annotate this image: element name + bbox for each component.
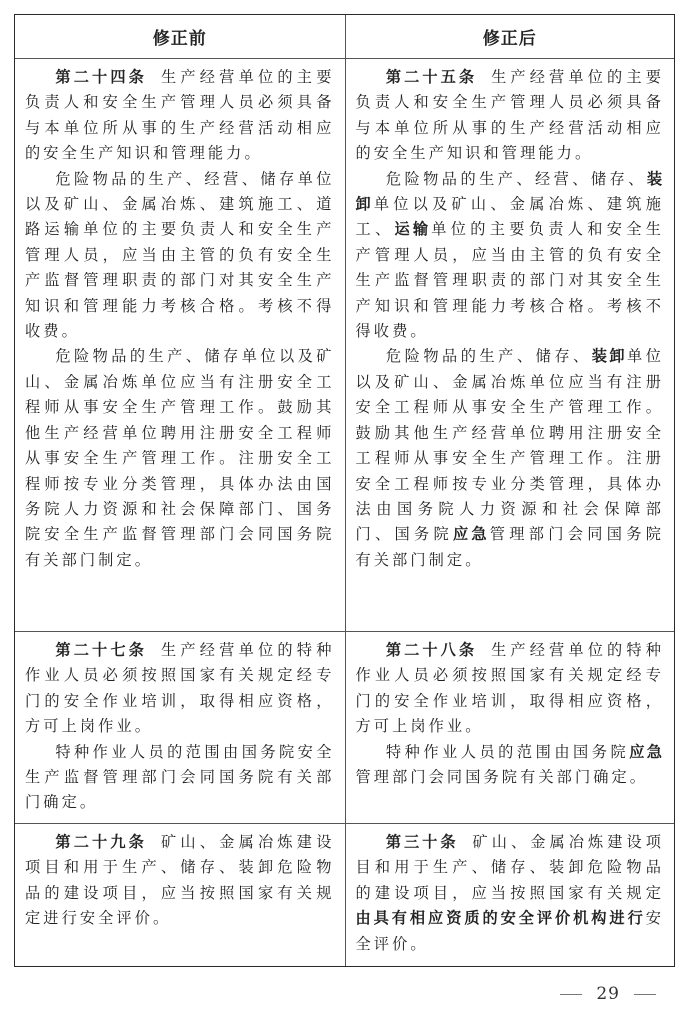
text-segment: 单位以及矿山、金属冶炼单位应当有注册安全工程师从事安全生产管理工作。鼓励其他生产… [356,347,665,543]
after-cell: 第二十五条生产经营单位的主要负责人和安全生产管理人员必须具备与本单位所从事的生产… [345,59,675,631]
article-number: 第二十五条 [386,68,477,86]
article-paragraph: 危险物品的生产、储存单位以及矿山、金属冶炼单位应当有注册安全工程师从事安全生产管… [25,344,335,573]
text-segment: 危险物品的生产、经营、储存单位以及矿山、金属冶炼、建筑施工、道路运输单位的主要负… [25,170,335,340]
article-paragraph-first: 第二十七条生产经营单位的特种作业人员必须按照国家有关规定经专门的安全作业培训，取… [25,638,335,740]
article-number: 第二十七条 [55,641,147,659]
article-paragraph: 特种作业人员的范围由国务院安全生产监督管理部门会同国务院有关部门确定。 [25,740,335,816]
table-row: 第二十四条生产经营单位的主要负责人和安全生产管理人员必须具备与本单位所从事的生产… [15,58,674,631]
article-paragraph: 特种作业人员的范围由国务院应急管理部门会同国务院有关部门确定。 [356,740,665,791]
before-cell: 第二十四条生产经营单位的主要负责人和安全生产管理人员必须具备与本单位所从事的生产… [15,59,345,631]
text-segment: 危险物品的生产、储存、 [386,347,592,365]
after-cell: 第二十八条生产经营单位的特种作业人员必须按照国家有关规定经专门的安全作业培训，取… [345,632,675,823]
table-row: 第二十九条矿山、金属冶炼建设项目和用于生产、储存、装卸危险物品的建设项目，应当按… [15,823,674,966]
article-paragraph-first: 第二十五条生产经营单位的主要负责人和安全生产管理人员必须具备与本单位所从事的生产… [356,65,665,167]
article-paragraph-first: 第三十条矿山、金属冶炼建设项目和用于生产、储存、装卸危险物品的建设项目，应当按照… [356,830,665,957]
article-paragraph: 危险物品的生产、经营、储存单位以及矿山、金属冶炼、建筑施工、道路运输单位的主要负… [25,167,335,345]
article-number: 第二十八条 [386,641,477,659]
amended-text: 装卸 [592,347,627,365]
amended-text: 运输 [395,220,432,238]
article-paragraph-first: 第二十九条矿山、金属冶炼建设项目和用于生产、储存、装卸危险物品的建设项目，应当按… [25,830,335,932]
text-segment: 特种作业人员的范围由国务院 [386,743,629,761]
header-after-amendment: 修正后 [345,15,675,58]
header-before-amendment: 修正前 [15,15,345,58]
text-segment: 危险物品的生产、储存单位以及矿山、金属冶炼单位应当有注册安全工程师从事安全生产管… [25,347,335,568]
article-paragraph: 危险物品的生产、储存、装卸单位以及矿山、金属冶炼单位应当有注册安全工程师从事安全… [356,344,665,573]
page-number-text: 29 [596,984,620,1004]
article-paragraph-first: 第二十八条生产经营单位的特种作业人员必须按照国家有关规定经专门的安全作业培训，取… [356,638,665,740]
amended-text: 应急 [453,525,490,543]
text-segment: 危险物品的生产、经营、储存、 [386,170,647,188]
before-cell: 第二十七条生产经营单位的特种作业人员必须按照国家有关规定经专门的安全作业培训，取… [15,632,345,823]
amended-text: 应急 [629,743,664,761]
table-row: 第二十七条生产经营单位的特种作业人员必须按照国家有关规定经专门的安全作业培训，取… [15,631,674,823]
before-cell: 第二十九条矿山、金属冶炼建设项目和用于生产、储存、装卸危险物品的建设项目，应当按… [15,824,345,966]
article-number: 第二十四条 [55,68,147,86]
article-number: 第三十条 [386,833,459,851]
table-header-row: 修正前 修正后 [15,15,674,58]
dash-left [560,994,582,995]
text-segment: 管理部门会同国务院有关部门确定。 [356,768,649,786]
after-cell: 第三十条矿山、金属冶炼建设项目和用于生产、储存、装卸危险物品的建设项目，应当按照… [345,824,675,966]
text-segment: 特种作业人员的范围由国务院安全生产监督管理部门会同国务院有关部门确定。 [25,743,335,812]
page-number: 29 [546,984,670,1004]
dash-right [634,994,656,995]
article-number: 第二十九条 [55,833,147,851]
amended-text: 由具有相应资质的安全评价机构进行 [356,909,646,927]
article-paragraph: 危险物品的生产、经营、储存、装卸单位以及矿山、金属冶炼、建筑施工、运输单位的主要… [356,167,665,345]
article-paragraph-first: 第二十四条生产经营单位的主要负责人和安全生产管理人员必须具备与本单位所从事的生产… [25,65,335,167]
amendment-comparison-table: 修正前 修正后 第二十四条生产经营单位的主要负责人和安全生产管理人员必须具备与本… [14,14,675,967]
